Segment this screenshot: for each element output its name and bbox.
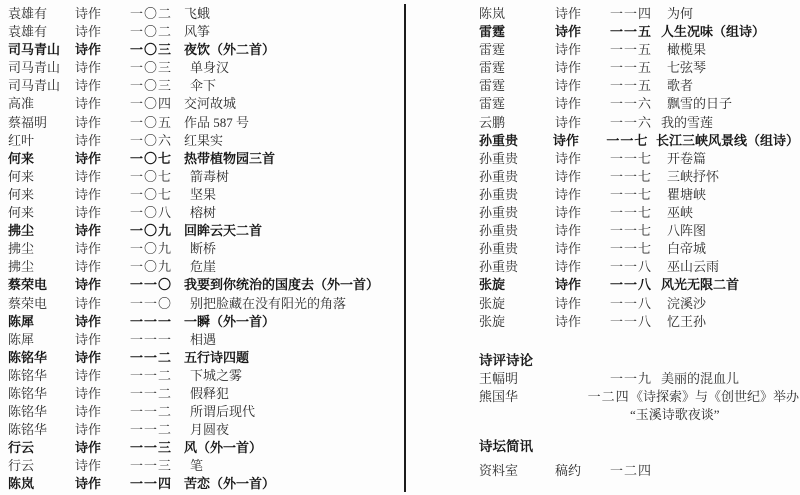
entry-page-number: 一一一 <box>130 331 184 349</box>
entry-author: 资料室 <box>479 462 555 480</box>
entry-author: 袁雄有 <box>8 23 75 41</box>
toc-row: 蔡荣电 诗作 一一〇 别把脸藏在没有阳光的角落 <box>8 295 400 313</box>
toc-row: 蔡荣电 诗作 一一〇 我要到你统治的国度去（外一首） <box>8 276 400 294</box>
entry-author: 蔡荣电 <box>8 295 75 313</box>
toc-row: 雷霆 诗作 一一五 橄榄果 <box>479 41 799 59</box>
entry-author: 孙重贵 <box>479 168 555 186</box>
entry-title: 箭毒树 <box>184 168 400 186</box>
entry-title: 三峡抒怀 <box>661 168 799 186</box>
entry-genre <box>542 388 588 424</box>
entry-author: 王幅明 <box>479 370 555 388</box>
entry-author: 雷霆 <box>479 59 555 77</box>
entry-page-number: 一一二 <box>130 367 184 385</box>
entry-title: 开卷篇 <box>661 150 799 168</box>
entry-genre: 诗作 <box>75 59 130 77</box>
entry-genre: 诗作 <box>75 204 130 222</box>
toc-row: 蔡福明 诗作 一〇五 作品 587 号 <box>8 114 400 132</box>
entry-author: 蔡荣电 <box>8 276 75 294</box>
toc-row: 雷霆 诗作 一一五 人生况味（组诗） <box>479 23 799 41</box>
entry-genre: 诗作 <box>75 132 130 150</box>
entry-title: 伞下 <box>184 77 400 95</box>
entry-author: 何来 <box>8 204 75 222</box>
entry-author: 孙重贵 <box>479 240 555 258</box>
entry-genre: 稿约 <box>555 462 610 480</box>
toc-row: 陈铭华 诗作 一一二 五行诗四题 <box>8 349 400 367</box>
toc-row: 雷霆 诗作 一一五 七弦琴 <box>479 59 799 77</box>
entry-genre: 诗作 <box>75 222 130 240</box>
entry-genre: 诗作 <box>75 114 130 132</box>
entry-page-number: 一一八 <box>610 313 661 331</box>
entry-author: 孙重贵 <box>479 204 555 222</box>
entry-page-number: 一〇三 <box>130 77 184 95</box>
entry-title: 五行诗四题 <box>184 349 400 367</box>
entry-title: 长江三峡风景线（组诗） <box>656 132 799 150</box>
toc-row: 袁雄有 诗作 一〇二 飞蛾 <box>8 5 400 23</box>
entry-title: 一瞬（外一首） <box>184 313 400 331</box>
entry-author: 蔡福明 <box>8 114 75 132</box>
entry-page-number: 一一七 <box>610 186 661 204</box>
entry-genre: 诗作 <box>75 439 130 457</box>
entry-page-number: 一〇五 <box>130 114 184 132</box>
entry-genre: 诗作 <box>555 77 610 95</box>
entry-title: 红果实 <box>184 132 400 150</box>
entry-title: 七弦琴 <box>661 59 799 77</box>
toc-row: 孙重贵 诗作 一一七 开卷篇 <box>479 150 799 168</box>
entry-title: 白帝城 <box>661 240 799 258</box>
entry-page-number: 一〇九 <box>130 222 184 240</box>
entry-page-number: 一一七 <box>610 222 661 240</box>
toc-row: 孙重贵 诗作 一一七 瞿塘峡 <box>479 186 799 204</box>
entry-title: 忆王孙 <box>661 313 799 331</box>
toc-row: 何来 诗作 一〇八 榕树 <box>8 204 400 222</box>
entry-genre: 诗作 <box>75 168 130 186</box>
toc-row: 司马青山 诗作 一〇三 伞下 <box>8 77 400 95</box>
entry-title: 月圆夜 <box>184 421 400 439</box>
entry-page-number: 一一五 <box>610 23 661 41</box>
entry-title: 巫峡 <box>661 204 799 222</box>
section-header: 诗坛简讯 <box>479 438 799 456</box>
entry-title: 假释犯 <box>184 385 400 403</box>
entry-title: 我的雪莲 <box>661 114 799 132</box>
entry-author: 陈犀 <box>8 331 75 349</box>
entry-title: 为何 <box>661 5 799 23</box>
entry-page-number: 一一八 <box>610 295 661 313</box>
toc-row: 雷霆 诗作 一一六 飘雪的日子 <box>479 95 799 113</box>
entry-author: 孙重贵 <box>479 186 555 204</box>
entry-page-number: 一一七 <box>610 168 661 186</box>
toc-row: 资料室 稿约 一二四 <box>479 462 799 480</box>
entry-title: 风（外一首） <box>184 439 400 457</box>
toc-row: 司马青山 诗作 一〇三 夜饮（外二首） <box>8 41 400 59</box>
entry-page-number: 一一七 <box>610 240 661 258</box>
toc-row: 孙重贵 诗作 一一七 三峡抒怀 <box>479 168 799 186</box>
entry-author: 拂尘 <box>8 240 75 258</box>
entry-genre: 诗作 <box>555 5 610 23</box>
entry-genre: 诗作 <box>75 349 130 367</box>
toc-row: 孙重贵 诗作 一一八 巫山云雨 <box>479 258 799 276</box>
entry-title: 断桥 <box>184 240 400 258</box>
toc-row: 云鹏 诗作 一一六 我的雪莲 <box>479 114 799 132</box>
entry-genre: 诗作 <box>555 222 610 240</box>
entry-author: 张旋 <box>479 295 555 313</box>
entry-author: 何来 <box>8 150 75 168</box>
toc-row: 行云 诗作 一一三 笔 <box>8 457 400 475</box>
entry-title: 作品 587 号 <box>184 114 400 132</box>
section-rows: 王幅明 一一九 美丽的混血儿 熊国华 一二四 <box>479 370 799 424</box>
entry-genre: 诗作 <box>555 186 610 204</box>
toc-row: 孙重贵 诗作 一一七 白帝城 <box>479 240 799 258</box>
entry-page-number: 一〇三 <box>130 41 184 59</box>
toc-row: 陈铭华 诗作 一一二 假释犯 <box>8 385 400 403</box>
entry-page-number: 一一七 <box>610 150 661 168</box>
toc-row: 张旋 诗作 一一八 忆王孙 <box>479 313 799 331</box>
entry-title: 交河故城 <box>184 95 400 113</box>
entry-page-number: 一一六 <box>610 95 661 113</box>
entry-page-number: 一〇三 <box>130 59 184 77</box>
entry-title: 风筝 <box>184 23 400 41</box>
entry-genre: 诗作 <box>75 186 130 204</box>
entry-author: 行云 <box>8 439 75 457</box>
section-poetry-news: 诗坛简讯 资料室 稿约 一二四 <box>479 438 799 480</box>
section-poetry-criticism: 诗评诗论 王幅明 一一九 美丽的混血儿 <box>479 352 799 424</box>
entry-genre: 诗作 <box>75 475 130 493</box>
entry-author: 陈铭华 <box>8 385 75 403</box>
entry-page-number: 一一二 <box>130 349 184 367</box>
entry-genre: 诗作 <box>75 313 130 331</box>
entry-author: 红叶 <box>8 132 75 150</box>
entry-page-number: 一一〇 <box>130 295 184 313</box>
entry-title: 回眸云天二首 <box>184 222 400 240</box>
entry-title: 下城之雾 <box>184 367 400 385</box>
entry-genre: 诗作 <box>75 295 130 313</box>
entry-author: 云鹏 <box>479 114 555 132</box>
entry-genre: 诗作 <box>75 77 130 95</box>
toc-row: 陈铭华 诗作 一一二 所谓后现代 <box>8 403 400 421</box>
entry-genre: 诗作 <box>555 204 610 222</box>
entry-author: 雷霆 <box>479 23 555 41</box>
entry-title: 榕树 <box>184 204 400 222</box>
toc-row: 何来 诗作 一〇七 热带植物园三首 <box>8 150 400 168</box>
entry-title <box>661 462 799 480</box>
toc-row: 拂尘 诗作 一〇九 危崖 <box>8 258 400 276</box>
entry-title-line1: 《诗探索》与《创世纪》举办 <box>630 389 799 404</box>
entry-title-line1: 美丽的混血儿 <box>661 371 739 386</box>
entry-page-number: 一一三 <box>130 439 184 457</box>
entry-page-number: 一一七 <box>610 204 661 222</box>
entry-author: 雷霆 <box>479 95 555 113</box>
entry-title: 巫山云雨 <box>661 258 799 276</box>
entry-page-number: 一〇九 <box>130 240 184 258</box>
entry-page-number: 一〇八 <box>130 204 184 222</box>
entry-page-number: 一一二 <box>130 385 184 403</box>
entry-title: 八阵图 <box>661 222 799 240</box>
entry-title: 热带植物园三首 <box>184 150 400 168</box>
toc-right-rows: 陈岚 诗作 一一四 为何 雷霆 诗作 一一五 人生况味（组诗） 雷霆 诗作 一一… <box>479 5 799 331</box>
entry-genre: 诗作 <box>75 331 130 349</box>
entry-author: 陈犀 <box>8 313 75 331</box>
toc-row: 陈铭华 诗作 一一二 下城之雾 <box>8 367 400 385</box>
entry-genre: 诗作 <box>555 295 610 313</box>
toc-page: 袁雄有 诗作 一〇二 飞蛾 袁雄有 诗作 一〇二 风筝 司马青山 诗作 一〇三 … <box>0 0 800 495</box>
toc-row: 司马青山 诗作 一〇三 单身汉 <box>8 59 400 77</box>
entry-author: 陈铭华 <box>8 403 75 421</box>
entry-page-number: 一一五 <box>610 41 661 59</box>
toc-row: 行云 诗作 一一三 风（外一首） <box>8 439 400 457</box>
entry-page-number: 一〇二 <box>130 23 184 41</box>
entry-genre: 诗作 <box>75 150 130 168</box>
entry-genre: 诗作 <box>555 258 610 276</box>
entry-title: 浣溪沙 <box>661 295 799 313</box>
entry-title: 瞿塘峡 <box>661 186 799 204</box>
entry-page-number: 一一二 <box>130 403 184 421</box>
entry-page-number: 一一八 <box>610 276 661 294</box>
entry-author: 孙重贵 <box>479 132 553 150</box>
entry-title-line2: “玉溪诗歌夜谈” <box>630 407 720 422</box>
entry-author: 雷霆 <box>479 41 555 59</box>
entry-author: 孙重贵 <box>479 150 555 168</box>
entry-genre: 诗作 <box>75 23 130 41</box>
entry-genre <box>555 370 610 388</box>
entry-title: 我要到你统治的国度去（外一首） <box>184 276 400 294</box>
entry-page-number: 一一八 <box>610 258 661 276</box>
column-divider-line <box>404 4 406 492</box>
entry-page-number: 一一五 <box>610 77 661 95</box>
entry-title: 《诗探索》与《创世纪》举办 “玉溪诗歌夜谈” <box>630 388 799 424</box>
toc-row: 陈岚 诗作 一一四 苦恋（外一首） <box>8 475 400 493</box>
entry-genre: 诗作 <box>75 240 130 258</box>
toc-row: 张旋 诗作 一一八 风光无限二首 <box>479 276 799 294</box>
entry-page-number: 一一四 <box>130 475 184 493</box>
entry-author: 司马青山 <box>8 41 75 59</box>
entry-page-number: 一〇七 <box>130 168 184 186</box>
entry-author: 何来 <box>8 168 75 186</box>
entry-page-number: 一〇九 <box>130 258 184 276</box>
entry-page-number: 一一四 <box>610 5 661 23</box>
entry-genre: 诗作 <box>553 132 606 150</box>
entry-page-number: 一〇四 <box>130 95 184 113</box>
entry-author: 陈岚 <box>479 5 555 23</box>
entry-genre: 诗作 <box>555 168 610 186</box>
entry-genre: 诗作 <box>75 41 130 59</box>
entry-title: 危崖 <box>184 258 400 276</box>
entry-author: 陈岚 <box>8 475 75 493</box>
entry-title: 坚果 <box>184 186 400 204</box>
entry-author: 孙重贵 <box>479 258 555 276</box>
entry-page-number: 一〇七 <box>130 186 184 204</box>
entry-genre: 诗作 <box>75 457 130 475</box>
toc-row: 何来 诗作 一〇七 坚果 <box>8 186 400 204</box>
entry-author: 拂尘 <box>8 222 75 240</box>
entry-genre: 诗作 <box>555 150 610 168</box>
toc-row: 熊国华 一二四 《诗探索》与《创世纪》举办 “玉溪诗歌夜谈” <box>479 388 799 424</box>
entry-author: 张旋 <box>479 276 555 294</box>
toc-row: 高准 诗作 一〇四 交河故城 <box>8 95 400 113</box>
entry-author: 司马青山 <box>8 59 75 77</box>
entry-page-number: 一〇六 <box>130 132 184 150</box>
entry-author: 拂尘 <box>8 258 75 276</box>
toc-row: 孙重贵 诗作 一一七 巫峡 <box>479 204 799 222</box>
section-header: 诗评诗论 <box>479 352 799 370</box>
entry-genre: 诗作 <box>555 114 610 132</box>
entry-page-number: 一〇七 <box>130 150 184 168</box>
entry-genre: 诗作 <box>555 41 610 59</box>
entry-title: 美丽的混血儿 <box>661 370 799 388</box>
entry-page-number: 一二四 <box>610 462 661 480</box>
toc-row: 王幅明 一一九 美丽的混血儿 <box>479 370 799 388</box>
entry-author: 袁雄有 <box>8 5 75 23</box>
entry-title: 夜饮（外二首） <box>184 41 400 59</box>
entry-author: 陈铭华 <box>8 349 75 367</box>
toc-row: 孙重贵 诗作 一一七 八阵图 <box>479 222 799 240</box>
entry-title: 所谓后现代 <box>184 403 400 421</box>
entry-genre: 诗作 <box>75 95 130 113</box>
entry-genre: 诗作 <box>75 421 130 439</box>
entry-author: 高准 <box>8 95 75 113</box>
toc-column-left: 袁雄有 诗作 一〇二 飞蛾 袁雄有 诗作 一〇二 风筝 司马青山 诗作 一〇三 … <box>8 5 400 494</box>
entry-genre: 诗作 <box>555 59 610 77</box>
toc-row: 陈铭华 诗作 一一二 月圆夜 <box>8 421 400 439</box>
entry-genre: 诗作 <box>555 313 610 331</box>
entry-author: 张旋 <box>479 313 555 331</box>
toc-row: 雷霆 诗作 一一五 歌者 <box>479 77 799 95</box>
entry-title: 人生况味（组诗） <box>661 23 799 41</box>
entry-title: 苦恋（外一首） <box>184 475 400 493</box>
toc-row: 拂尘 诗作 一〇九 回眸云天二首 <box>8 222 400 240</box>
entry-title: 别把脸藏在没有阳光的角落 <box>184 295 400 313</box>
entry-page-number: 一一七 <box>606 132 656 150</box>
section-rows: 资料室 稿约 一二四 <box>479 462 799 480</box>
entry-page-number: 一〇二 <box>130 5 184 23</box>
entry-page-number: 一一一 <box>130 313 184 331</box>
entry-page-number: 一一二 <box>130 421 184 439</box>
entry-page-number: 一一〇 <box>130 276 184 294</box>
entry-genre: 诗作 <box>555 240 610 258</box>
toc-row: 孙重贵 诗作 一一七 长江三峡风景线（组诗） <box>479 132 799 150</box>
toc-row: 拂尘 诗作 一〇九 断桥 <box>8 240 400 258</box>
toc-row: 红叶 诗作 一〇六 红果实 <box>8 132 400 150</box>
entry-author: 陈铭华 <box>8 421 75 439</box>
entry-author: 雷霆 <box>479 77 555 95</box>
entry-title: 歌者 <box>661 77 799 95</box>
entry-title: 橄榄果 <box>661 41 799 59</box>
entry-page-number: 一一五 <box>610 59 661 77</box>
entry-page-number: 一一三 <box>130 457 184 475</box>
entry-author: 司马青山 <box>8 77 75 95</box>
entry-title: 飞蛾 <box>184 5 400 23</box>
entry-author: 熊国华 <box>479 388 542 424</box>
entry-page-number: 一一六 <box>610 114 661 132</box>
toc-row: 陈犀 诗作 一一一 一瞬（外一首） <box>8 313 400 331</box>
entry-title: 单身汉 <box>184 59 400 77</box>
entry-title: 飘雪的日子 <box>661 95 799 113</box>
entry-title: 笔 <box>184 457 400 475</box>
entry-title: 风光无限二首 <box>661 276 799 294</box>
entry-genre: 诗作 <box>555 95 610 113</box>
toc-row: 何来 诗作 一〇七 箭毒树 <box>8 168 400 186</box>
entry-genre: 诗作 <box>75 258 130 276</box>
toc-column-right: 陈岚 诗作 一一四 为何 雷霆 诗作 一一五 人生况味（组诗） 雷霆 诗作 一一… <box>479 5 799 480</box>
toc-row: 陈犀 诗作 一一一 相遇 <box>8 331 400 349</box>
entry-page-number: 一一九 <box>610 370 661 388</box>
entry-author: 何来 <box>8 186 75 204</box>
entry-author: 陈铭华 <box>8 367 75 385</box>
entry-genre: 诗作 <box>555 276 610 294</box>
entry-genre: 诗作 <box>75 385 130 403</box>
toc-row: 张旋 诗作 一一八 浣溪沙 <box>479 295 799 313</box>
toc-row: 陈岚 诗作 一一四 为何 <box>479 5 799 23</box>
entry-genre: 诗作 <box>75 5 130 23</box>
entry-author: 孙重贵 <box>479 222 555 240</box>
entry-genre: 诗作 <box>75 276 130 294</box>
entry-author: 行云 <box>8 457 75 475</box>
toc-row: 袁雄有 诗作 一〇二 风筝 <box>8 23 400 41</box>
entry-genre: 诗作 <box>75 367 130 385</box>
entry-page-number: 一二四 <box>588 388 630 424</box>
entry-genre: 诗作 <box>75 403 130 421</box>
entry-genre: 诗作 <box>555 23 610 41</box>
entry-title: 相遇 <box>184 331 400 349</box>
